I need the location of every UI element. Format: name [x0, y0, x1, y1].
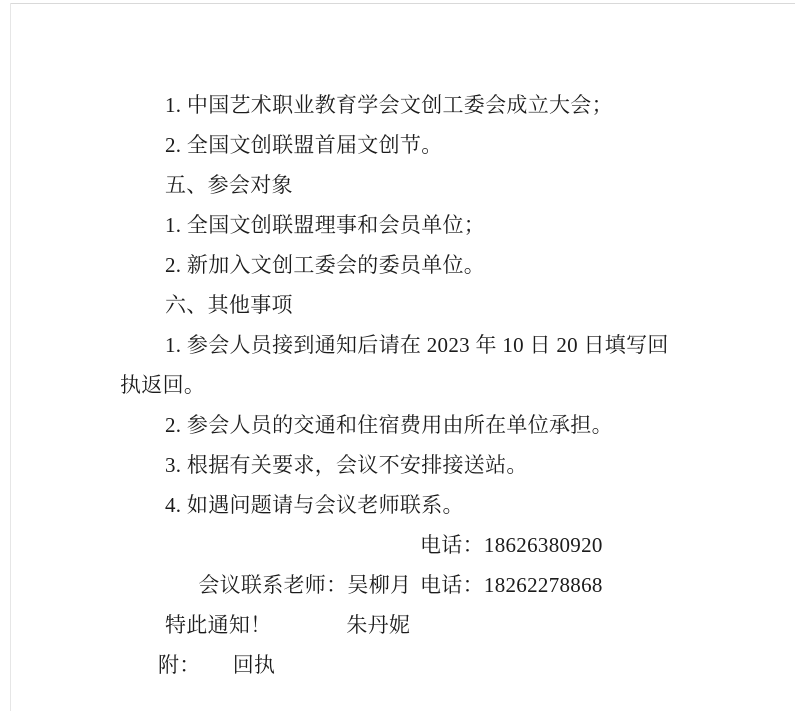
- contact-row-1: 会议联系老师：吴柳月 电话：18626380920: [120, 525, 740, 565]
- phone-number-2: 18262278868: [484, 573, 603, 597]
- phone-label-1: 电话：: [420, 533, 484, 557]
- heading-section-5: 五、参会对象: [120, 165, 740, 205]
- line-note-2: 2. 参会人员的交通和住宿费用由所在单位承担。: [120, 405, 740, 445]
- line-closing: 特此通知！: [120, 605, 740, 645]
- line-attachment: 附： 回执: [120, 645, 740, 685]
- phone-number-1: 18626380920: [484, 533, 603, 557]
- heading-section-6: 六、其他事项: [120, 285, 740, 325]
- document-page: 1. 中国艺术职业教育学会文创工委会成立大会； 2. 全国文创联盟首届文创节。 …: [0, 0, 795, 711]
- contact-row-2: 朱丹妮 电话：18262278868: [120, 565, 740, 605]
- line-attendee-1: 1. 全国文创联盟理事和会员单位；: [120, 205, 740, 245]
- line-attendee-2: 2. 新加入文创工委会的委员单位。: [120, 245, 740, 285]
- contact-phone-1: 电话：18626380920: [420, 525, 603, 565]
- page-top-edge: [10, 3, 795, 4]
- line-note-4: 4. 如遇问题请与会议老师联系。: [120, 485, 740, 525]
- line-event-2: 2. 全国文创联盟首届文创节。: [120, 125, 740, 165]
- page-left-edge: [10, 3, 11, 711]
- line-note-1-continuation: 执返回。: [120, 365, 740, 405]
- notice-body: 1. 中国艺术职业教育学会文创工委会成立大会； 2. 全国文创联盟首届文创节。 …: [120, 85, 740, 685]
- line-event-1: 1. 中国艺术职业教育学会文创工委会成立大会；: [120, 85, 740, 125]
- phone-label-2: 电话：: [420, 573, 484, 597]
- line-note-3: 3. 根据有关要求，会议不安排接送站。: [120, 445, 740, 485]
- contact-phone-2: 电话：18262278868: [420, 565, 603, 605]
- line-note-1: 1. 参会人员接到通知后请在 2023 年 10 日 20 日填写回: [120, 325, 740, 365]
